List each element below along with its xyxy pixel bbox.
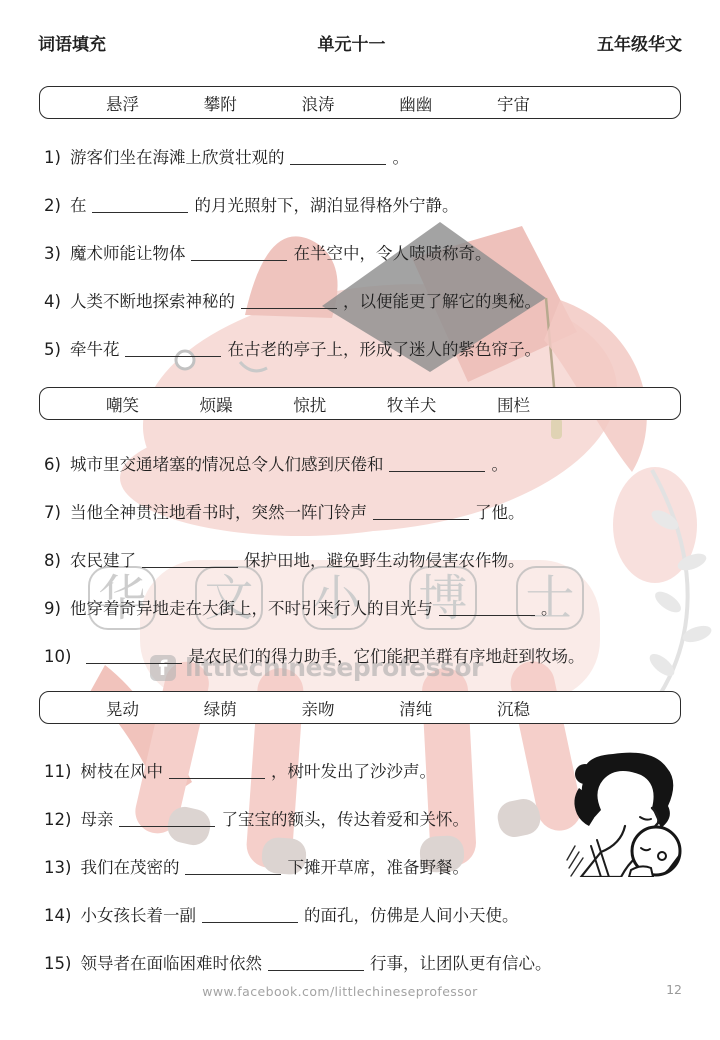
question-text: 。	[392, 148, 409, 167]
worksheet-type-label: 词语填充	[38, 30, 106, 55]
question-number: 14)	[44, 905, 71, 927]
question-number: 10)	[44, 646, 71, 668]
question-number: 7)	[44, 502, 61, 524]
answer-blank	[169, 764, 265, 779]
answer-blank	[119, 812, 215, 827]
answer-blank	[92, 198, 188, 213]
answer-blank	[241, 294, 337, 309]
question-text: 了他。	[475, 503, 525, 522]
question-text: 人类不断地探索神秘的	[70, 292, 235, 311]
word-bank-1: 悬浮 攀附 浪涛 幽幽 宇宙	[39, 86, 681, 119]
answer-blank	[290, 150, 386, 165]
question-number: 8)	[44, 550, 61, 572]
question-text: 树枝在风中	[80, 762, 163, 781]
question-number: 15)	[44, 953, 71, 975]
answer-blank	[268, 956, 364, 971]
answer-blank	[202, 908, 298, 923]
question-text: 行事，让团队更有信心。	[370, 954, 552, 973]
question-text: 城市里交通堵塞的情况总令人们感到厌倦和	[70, 455, 384, 474]
question-text: 农民建了	[70, 551, 136, 570]
question-text: 牵牛花	[70, 340, 120, 359]
page-number: 12	[666, 982, 682, 997]
question-text: 当他全神贯注地看书时，突然一阵门铃声	[70, 503, 367, 522]
answer-blank	[185, 860, 281, 875]
question-row: 9)他穿着奇异地走在大街上，不时引来行人的目光与。	[44, 598, 690, 620]
question-text: ，树叶发出了沙沙声。	[271, 762, 436, 781]
bank-word: 清纯	[399, 696, 432, 720]
question-text: 在	[70, 196, 87, 215]
question-row: 15)领导者在面临困难时依然行事，让团队更有信心。	[44, 953, 690, 975]
question-number: 12)	[44, 809, 71, 831]
bank-word: 晃动	[106, 696, 139, 720]
question-text: 母亲	[80, 810, 113, 829]
question-text: 小女孩长着一副	[80, 906, 196, 925]
bank-word: 围栏	[497, 392, 530, 416]
question-row: 6)城市里交通堵塞的情况总令人们感到厌倦和。	[44, 454, 690, 476]
bank-word: 烦躁	[200, 392, 233, 416]
question-text: 的月光照射下，湖泊显得格外宁静。	[194, 196, 458, 215]
question-number: 2)	[44, 195, 61, 217]
bank-word: 惊扰	[293, 392, 326, 416]
answer-blank	[373, 505, 469, 520]
word-bank-2: 嘲笑 烦躁 惊扰 牧羊犬 围栏	[39, 387, 681, 420]
question-text: 的面孔，仿佛是人间小天使。	[304, 906, 519, 925]
bank-word: 沉稳	[497, 696, 530, 720]
question-text: 了宝宝的额头，传达着爱和关怀。	[221, 810, 469, 829]
question-number: 5)	[44, 339, 61, 361]
question-number: 9)	[44, 598, 61, 620]
grade-label: 五年级华文	[597, 30, 682, 55]
question-number: 3)	[44, 243, 61, 265]
question-row: 14)小女孩长着一副的面孔，仿佛是人间小天使。	[44, 905, 690, 927]
question-row: 5)牵牛花在古老的亭子上，形成了迷人的紫色帘子。	[44, 339, 690, 361]
question-text: 他穿着奇异地走在大街上，不时引来行人的目光与	[70, 599, 433, 618]
question-text: 保护田地，避免野生动物侵害农作物。	[244, 551, 525, 570]
answer-blank	[439, 601, 535, 616]
question-row: 4)人类不断地探索神秘的，以便能更了解它的奥秘。	[44, 291, 690, 313]
question-text: 我们在茂密的	[80, 858, 179, 877]
question-text: ，以便能更了解它的奥秘。	[343, 292, 541, 311]
bank-word: 宇宙	[497, 91, 530, 115]
question-row: 2)在的月光照射下，湖泊显得格外宁静。	[44, 195, 690, 217]
answer-blank	[125, 342, 221, 357]
mother-baby-illustration	[561, 748, 692, 877]
bank-word: 幽幽	[399, 91, 432, 115]
answer-blank	[191, 246, 287, 261]
answer-blank	[86, 649, 182, 664]
question-number: 6)	[44, 454, 61, 476]
bank-word: 浪涛	[302, 91, 335, 115]
footer-url: www.facebook.com/littlechineseprofessor	[202, 984, 477, 999]
page-header: 词语填充 单元十一 五年级华文	[38, 30, 682, 55]
question-text: 魔术师能让物体	[70, 244, 186, 263]
question-text: 是农民们的得力助手，它们能把羊群有序地赶到牧场。	[188, 647, 584, 666]
question-text: 。	[541, 599, 558, 618]
bank-word: 悬浮	[106, 91, 139, 115]
answer-blank	[389, 457, 485, 472]
bank-word: 绿荫	[204, 696, 237, 720]
unit-label: 单元十一	[318, 30, 386, 55]
word-bank-3: 晃动 绿荫 亲吻 清纯 沉稳	[39, 691, 681, 724]
question-row: 7)当他全神贯注地看书时，突然一阵门铃声了他。	[44, 502, 690, 524]
question-number: 4)	[44, 291, 61, 313]
question-row: 8)农民建了保护田地，避免野生动物侵害农作物。	[44, 550, 690, 572]
bank-word: 攀附	[204, 91, 237, 115]
question-text: 在古老的亭子上，形成了迷人的紫色帘子。	[227, 340, 541, 359]
question-row: 3)魔术师能让物体在半空中，令人啧啧称奇。	[44, 243, 690, 265]
answer-blank	[142, 553, 238, 568]
bank-word: 牧羊犬	[387, 392, 437, 416]
question-row: 1)游客们坐在海滩上欣赏壮观的。	[44, 147, 690, 169]
question-text: 下摊开草席，准备野餐。	[287, 858, 469, 877]
bank-word: 嘲笑	[106, 392, 139, 416]
bank-word: 亲吻	[302, 696, 335, 720]
question-number: 13)	[44, 857, 71, 879]
question-text: 游客们坐在海滩上欣赏壮观的	[70, 148, 285, 167]
question-text: 在半空中，令人啧啧称奇。	[293, 244, 491, 263]
question-number: 1)	[44, 147, 61, 169]
question-number: 11)	[44, 761, 71, 783]
question-text: 领导者在面临困难时依然	[80, 954, 262, 973]
question-text: 。	[491, 455, 508, 474]
question-row: 10)是农民们的得力助手，它们能把羊群有序地赶到牧场。	[44, 646, 690, 668]
